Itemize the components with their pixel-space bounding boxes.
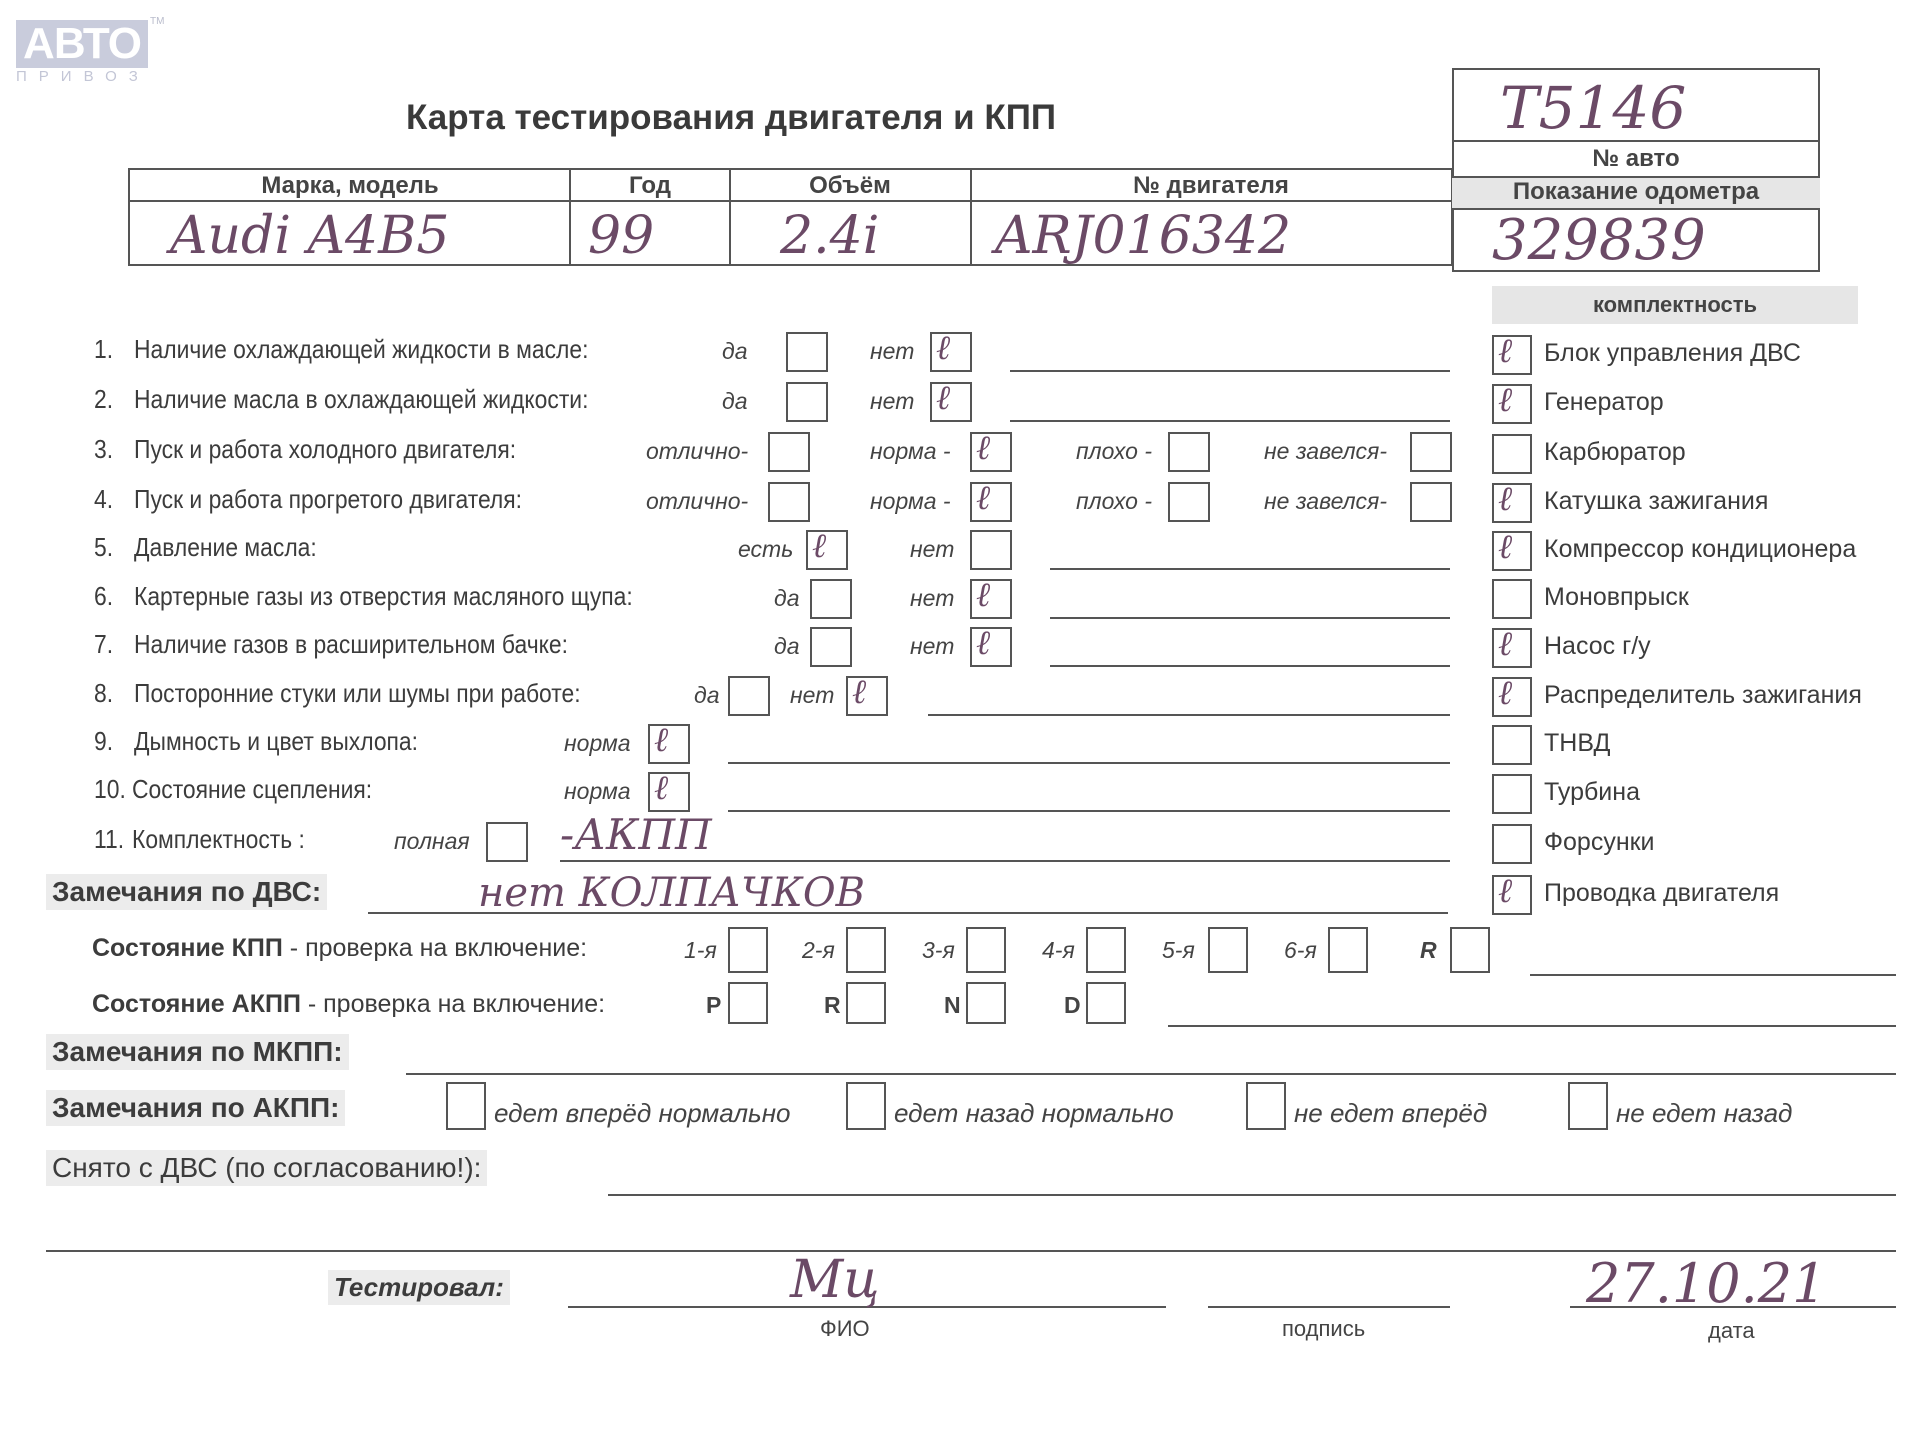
- option-checkbox[interactable]: [1168, 482, 1210, 522]
- completeness-item-label: Блок управления ДВС: [1544, 339, 1801, 368]
- completeness-checkbox[interactable]: ℓ: [1492, 531, 1532, 571]
- auto-remark-label: едет вперёд нормально: [494, 1098, 790, 1129]
- gear-checkbox[interactable]: [966, 927, 1006, 973]
- check-mark-icon: ℓ: [1498, 527, 1512, 567]
- option-label: норма: [564, 730, 631, 757]
- check-mark-icon: ℓ: [654, 768, 668, 808]
- check-number: 6.: [94, 581, 113, 612]
- name-caption: ФИО: [820, 1316, 870, 1342]
- check-comment-line[interactable]: [728, 762, 1450, 764]
- mode-label: R: [824, 992, 841, 1019]
- auto-remarks-label: Замечания по АКПП:: [46, 1090, 345, 1126]
- column-odometer: Показание одометра: [1452, 178, 1820, 206]
- check-mark-icon: ℓ: [654, 720, 668, 760]
- option-checkbox[interactable]: [768, 432, 810, 472]
- signature-caption: подпись: [1282, 1316, 1365, 1342]
- check-mark-icon: ℓ: [1498, 624, 1512, 664]
- completeness-item-label: Проводка двигателя: [1544, 879, 1779, 908]
- auto-remark-checkbox[interactable]: [446, 1082, 486, 1130]
- car-number-label: № авто: [1452, 145, 1820, 173]
- check-mark-icon: ℓ: [976, 623, 990, 663]
- check-comment-line[interactable]: [1050, 568, 1450, 570]
- gear-checkbox[interactable]: [1208, 927, 1248, 973]
- completeness-item-label: Катушка зажигания: [1544, 487, 1768, 516]
- completeness-checkbox[interactable]: [1492, 579, 1532, 619]
- column-make-model: Марка, модель: [130, 172, 570, 200]
- check-mark-icon: ℓ: [976, 428, 990, 468]
- check-label: Состояние сцепления:: [132, 774, 372, 805]
- option-checkbox[interactable]: ℓ: [648, 724, 690, 764]
- option-label: норма: [564, 778, 631, 805]
- tested-by-label: Тестировал:: [328, 1270, 510, 1305]
- mode-label: P: [706, 992, 721, 1019]
- check-mark-icon: ℓ: [1498, 871, 1512, 911]
- check-label: Наличие газов в расширительном бачке:: [134, 629, 568, 660]
- option-checkbox[interactable]: ℓ: [970, 482, 1012, 522]
- check-label: Давление масла:: [134, 532, 317, 563]
- gear-label: 1-я: [684, 937, 717, 964]
- gear-checkbox[interactable]: [846, 927, 886, 973]
- completeness-checkbox[interactable]: ℓ: [1492, 677, 1532, 717]
- option-label: норма -: [870, 488, 951, 515]
- option-label: нет: [870, 338, 914, 365]
- engine-number-field[interactable]: ARJ016342: [995, 206, 1291, 266]
- completeness-item-label: Форсунки: [1544, 828, 1655, 857]
- mode-checkbox[interactable]: [966, 982, 1006, 1024]
- gear-checkbox[interactable]: [1328, 927, 1368, 973]
- car-number-field[interactable]: T5146: [1500, 74, 1686, 142]
- logo: АВТО: [16, 20, 148, 68]
- make-model-field[interactable]: Audi A4B5: [170, 206, 449, 266]
- auto-remark-label: едет назад нормально: [894, 1098, 1174, 1129]
- check-comment-line[interactable]: [1010, 370, 1450, 372]
- check-number: 2.: [94, 384, 113, 415]
- check-mark-icon: ℓ: [936, 378, 950, 418]
- check-number: 1.: [94, 334, 113, 365]
- check-mark-icon: ℓ: [976, 575, 990, 615]
- option-checkbox[interactable]: ℓ: [806, 530, 848, 570]
- auto-gearbox-line: [1168, 1025, 1896, 1027]
- option-label: отлично-: [646, 488, 748, 515]
- option-checkbox[interactable]: [768, 482, 810, 522]
- year-field[interactable]: 99: [588, 206, 654, 266]
- completeness-checkbox[interactable]: ℓ: [1492, 335, 1532, 375]
- check-label: Наличие охлаждающей жидкости в масле:: [134, 334, 588, 365]
- check-number: 10.: [94, 774, 126, 805]
- gear-label: 4-я: [1042, 937, 1075, 964]
- gear-label: 3-я: [922, 937, 955, 964]
- logo-subtitle: ПРИВОЗ: [16, 68, 150, 85]
- auto-remark-label: не едет назад: [1616, 1098, 1792, 1129]
- option-checkbox[interactable]: ℓ: [930, 332, 972, 372]
- option-checkbox[interactable]: ℓ: [846, 676, 888, 716]
- option-checkbox[interactable]: [786, 332, 828, 372]
- check-label: Наличие масла в охлаждающей жидкости:: [134, 384, 588, 415]
- option-checkbox[interactable]: [810, 579, 852, 619]
- mode-checkbox[interactable]: [728, 982, 768, 1024]
- table-divider: [128, 200, 1453, 202]
- check-comment-line[interactable]: [1010, 420, 1450, 422]
- check-mark-icon: ℓ: [852, 672, 866, 712]
- completeness-item-label: Карбюратор: [1544, 438, 1686, 467]
- option-checkbox[interactable]: ℓ: [970, 579, 1012, 619]
- check-label: Дымность и цвет выхлопа:: [134, 726, 418, 757]
- option-label: да: [774, 585, 800, 612]
- check-label: Пуск и работа холодного двигателя:: [134, 434, 516, 465]
- check-mark-icon: ℓ: [936, 328, 950, 368]
- check-label: Посторонние стуки или шумы при работе:: [134, 678, 581, 709]
- check-number: 11.: [94, 824, 124, 855]
- date-field[interactable]: 27.10.21: [1586, 1252, 1826, 1315]
- check-label: Пуск и работа прогретого двигателя:: [134, 484, 522, 515]
- completeness-header: комплектность: [1492, 286, 1858, 324]
- check-mark-icon: ℓ: [976, 478, 990, 518]
- mode-label: N: [944, 992, 961, 1019]
- engine-remarks-label: Замечания по ДВС:: [46, 874, 327, 910]
- completeness-checkbox[interactable]: ℓ: [1492, 483, 1532, 523]
- check-comment-line[interactable]: [1050, 617, 1450, 619]
- gear-label: 6-я: [1284, 937, 1317, 964]
- completeness-checkbox[interactable]: [1492, 434, 1532, 474]
- gear-checkbox[interactable]: [728, 927, 768, 973]
- option-checkbox[interactable]: [1410, 432, 1452, 472]
- option-checkbox[interactable]: ℓ: [648, 772, 690, 812]
- completeness-item-label: Насос г/у: [1544, 632, 1651, 661]
- option-checkbox[interactable]: [728, 676, 770, 716]
- option-label: отлично-: [646, 438, 748, 465]
- column-year: Год: [570, 172, 730, 200]
- check-label: Картерные газы из отверстия масляного щу…: [134, 581, 633, 612]
- signature-line[interactable]: [1208, 1306, 1450, 1308]
- option-label: да: [722, 338, 748, 365]
- check-mark-icon: ℓ: [1498, 673, 1512, 713]
- odometer-field[interactable]: 329839: [1492, 208, 1706, 273]
- option-label: нет: [870, 388, 914, 415]
- option-checkbox[interactable]: [970, 530, 1012, 570]
- option-checkbox[interactable]: [486, 822, 528, 862]
- option-checkbox[interactable]: [810, 627, 852, 667]
- page-title: Карта тестирования двигателя и КПП: [406, 98, 1056, 138]
- gear-checkbox[interactable]: [1450, 927, 1490, 973]
- auto-gearbox-label: Состояние АКПП - проверка на включение:: [92, 990, 605, 1019]
- name-field[interactable]: Мц: [790, 1250, 880, 1310]
- check-mark-icon: ℓ: [1498, 331, 1512, 371]
- check-number: 4.: [94, 484, 113, 515]
- check-mark-icon: ℓ: [1498, 380, 1512, 420]
- option-checkbox[interactable]: ℓ: [930, 382, 972, 422]
- completeness-checkbox[interactable]: ℓ: [1492, 384, 1532, 424]
- check-mark-icon: ℓ: [812, 526, 826, 566]
- option-label: нет: [910, 585, 954, 612]
- gear-label: 5-я: [1162, 937, 1195, 964]
- option-checkbox[interactable]: [1168, 432, 1210, 472]
- date-caption: дата: [1708, 1318, 1755, 1344]
- manual-gearbox-line: [1530, 974, 1896, 976]
- completeness-item-label: Турбина: [1544, 778, 1640, 807]
- mode-checkbox[interactable]: [1086, 982, 1126, 1024]
- gear-label: R: [1420, 937, 1437, 964]
- check-label: Комплектность :: [132, 824, 305, 855]
- option-label: есть: [738, 536, 793, 563]
- completeness-item-label: Распределитель зажигания: [1544, 681, 1862, 710]
- check-comment-line[interactable]: [1050, 665, 1450, 667]
- option-label: плохо -: [1076, 438, 1152, 465]
- auto-remark-label: не едет вперёд: [1294, 1098, 1487, 1129]
- check-comment-line[interactable]: [560, 860, 1450, 862]
- check-comment-line[interactable]: [928, 714, 1450, 716]
- completeness-item-label: Генератор: [1544, 388, 1664, 417]
- completeness-checkbox[interactable]: [1492, 725, 1532, 765]
- manual-gearbox-label: Состояние КПП - проверка на включение:: [92, 934, 587, 963]
- check-number: 8.: [94, 678, 113, 709]
- completeness-checkbox[interactable]: [1492, 774, 1532, 814]
- mode-label: D: [1064, 992, 1081, 1019]
- check-number: 7.: [94, 629, 113, 660]
- check-number: 3.: [94, 434, 113, 465]
- column-volume: Объём: [730, 172, 970, 200]
- gear-label: 2-я: [802, 937, 835, 964]
- option-label: полная: [394, 828, 470, 855]
- manual-remarks-label: Замечания по МКПП:: [46, 1034, 349, 1070]
- option-checkbox[interactable]: ℓ: [970, 627, 1012, 667]
- option-checkbox[interactable]: ℓ: [970, 432, 1012, 472]
- option-label: да: [722, 388, 748, 415]
- option-label: не завелся-: [1264, 438, 1387, 465]
- completeness-checkbox[interactable]: ℓ: [1492, 628, 1532, 668]
- option-label: не завелся-: [1264, 488, 1387, 515]
- check-mark-icon: ℓ: [1498, 479, 1512, 519]
- completeness-item-label: ТНВД: [1544, 729, 1610, 758]
- option-checkbox[interactable]: [1410, 482, 1452, 522]
- option-label: плохо -: [1076, 488, 1152, 515]
- mode-checkbox[interactable]: [846, 982, 886, 1024]
- check-comment-line[interactable]: [728, 810, 1450, 812]
- completeness-item-label: Моновпрыск: [1544, 583, 1689, 612]
- completeness-checkbox[interactable]: ℓ: [1492, 875, 1532, 915]
- check-number: 5.: [94, 532, 113, 563]
- completeness-item-label: Компрессор кондиционера: [1544, 535, 1856, 564]
- manual-remarks-line[interactable]: [406, 1073, 1896, 1075]
- removed-line[interactable]: [608, 1194, 1896, 1196]
- engine-remarks-field[interactable]: нет КОЛПАЧКОВ: [478, 870, 865, 916]
- gear-checkbox[interactable]: [1086, 927, 1126, 973]
- auto-remark-checkbox[interactable]: [846, 1082, 886, 1130]
- check-number: 9.: [94, 726, 113, 757]
- completeness-note-field[interactable]: -АКПП: [560, 810, 712, 859]
- column-engine-number: № двигателя: [970, 172, 1452, 200]
- option-label: нет: [910, 633, 954, 660]
- removed-label: Снято с ДВС (по согласованию!):: [46, 1150, 487, 1186]
- option-label: норма -: [870, 438, 951, 465]
- logo-trademark: TM: [150, 16, 164, 27]
- option-label: да: [694, 682, 720, 709]
- option-checkbox[interactable]: [786, 382, 828, 422]
- auto-remark-checkbox[interactable]: [1246, 1082, 1286, 1130]
- option-label: нет: [910, 536, 954, 563]
- completeness-checkbox[interactable]: [1492, 824, 1532, 864]
- option-label: да: [774, 633, 800, 660]
- auto-remark-checkbox[interactable]: [1568, 1082, 1608, 1130]
- option-label: нет: [790, 682, 834, 709]
- volume-field[interactable]: 2.4i: [780, 206, 879, 266]
